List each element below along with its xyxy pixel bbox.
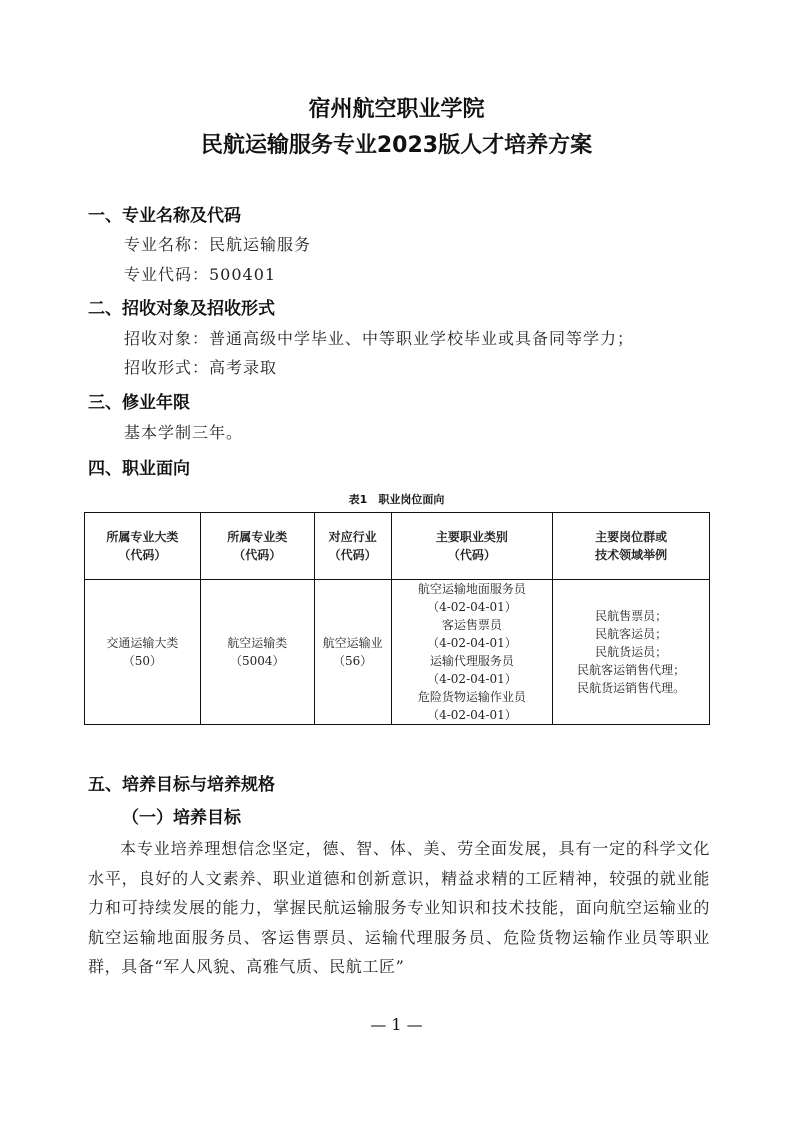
study-duration-line: 基本学制三年。	[124, 420, 243, 443]
section-heading-2: 二、招收对象及招收形式	[88, 294, 275, 319]
header-industry: 对应行业（代码）	[314, 513, 391, 580]
header-major-category: 所属专业大类（代码）	[85, 513, 201, 580]
major-name-line: 专业名称：民航运输服务	[124, 232, 311, 255]
header-major-class: 所属专业类（代码）	[200, 513, 314, 580]
cell-positions: 民航售票员；民航客运员； 民航货运员；民航客运销售代理； 民航货运销售代理。	[553, 580, 710, 725]
training-goals-paragraph: 本专业培养理想信念坚定，德、智、体、美、劳全面发展，具有一定的科学文化水平，良好…	[88, 834, 710, 982]
cell-major-class: 航空运输类（5004）	[200, 580, 314, 725]
document-title-institution: 宿州航空职业学院	[0, 92, 793, 123]
section-heading-4: 四、职业面向	[88, 454, 190, 479]
cell-major-category: 交通运输大类（50）	[85, 580, 201, 725]
cell-occupations: 航空运输地面服务员（4-02-04-01） 客运售票员（4-02-04-01） …	[391, 580, 553, 725]
enrollment-form-line: 招收形式：高考录取	[124, 355, 277, 378]
page-number: — 1 —	[0, 1015, 793, 1034]
header-positions: 主要岗位群或技术领域举例	[553, 513, 710, 580]
section-heading-1: 一、专业名称及代码	[88, 201, 241, 226]
document-title-program: 民航运输服务专业2023版人才培养方案	[0, 128, 793, 159]
table-caption: 表1 职业岗位面向	[0, 491, 793, 507]
major-code-line: 专业代码：500401	[124, 262, 276, 285]
header-occupation: 主要职业类别（代码）	[391, 513, 553, 580]
section-heading-3: 三、修业年限	[88, 388, 190, 413]
table-header-row: 所属专业大类（代码） 所属专业类（代码） 对应行业（代码） 主要职业类别（代码）…	[85, 513, 710, 580]
subsection-heading-goals: （一）培养目标	[122, 803, 241, 828]
enrollment-target-line: 招收对象：普通高级中学毕业、中等职业学校毕业或具备同等学力；	[124, 326, 634, 349]
cell-industry: 航空运输业（56）	[314, 580, 391, 725]
section-heading-5: 五、培养目标与培养规格	[88, 770, 275, 795]
table-row: 交通运输大类（50） 航空运输类（5004） 航空运输业（56） 航空运输地面服…	[85, 580, 710, 725]
career-orientation-table: 所属专业大类（代码） 所属专业类（代码） 对应行业（代码） 主要职业类别（代码）…	[84, 512, 710, 725]
